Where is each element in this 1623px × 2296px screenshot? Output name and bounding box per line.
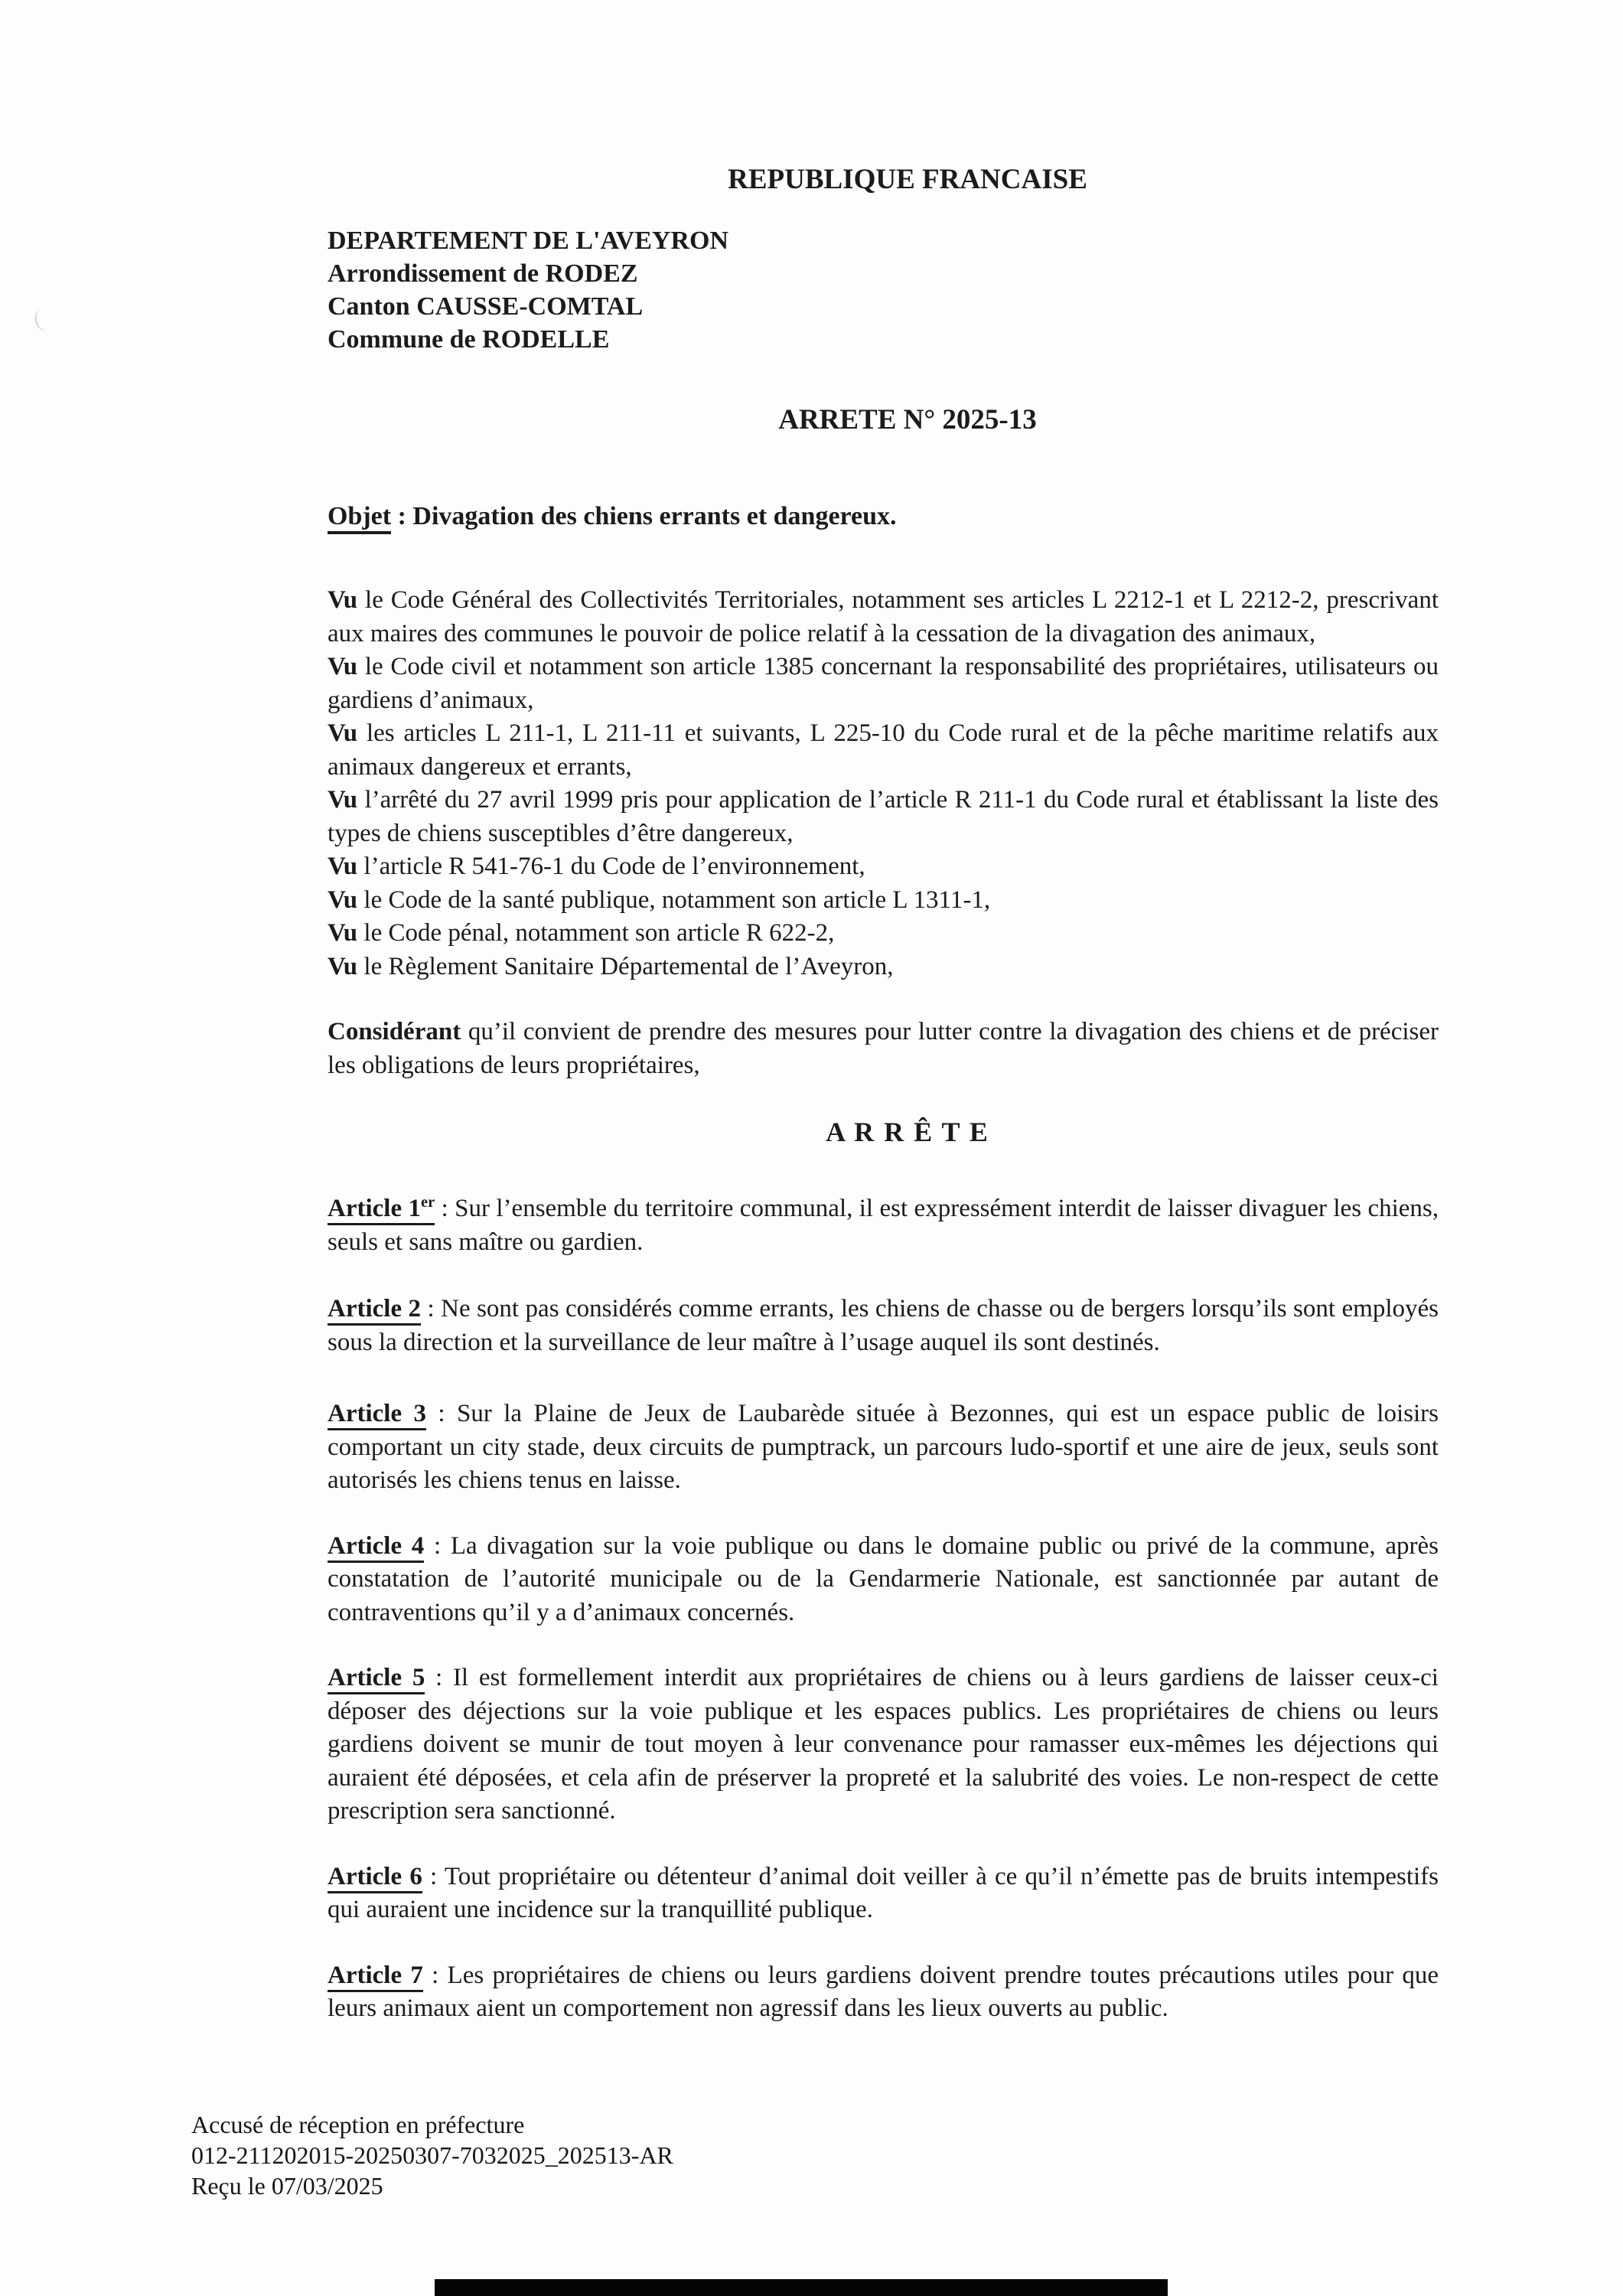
- visa-paragraph: Vu le Code civil et notamment son articl…: [328, 651, 1439, 717]
- receipt-line-1: Accusé de réception en préfecture: [191, 2109, 673, 2140]
- visas-block: Vu le Code Général des Collectivités Ter…: [328, 584, 1439, 983]
- issuer-block: DEPARTEMENT DE L'AVEYRON Arrondissement …: [328, 224, 1439, 356]
- article-paragraph: Article 7 : Les propriétaires de chiens …: [328, 1959, 1439, 2026]
- visa-text: le Code civil et notamment son article 1…: [328, 653, 1439, 714]
- article-label: Article 4: [328, 1532, 424, 1563]
- article-label-text: Article 4: [328, 1532, 424, 1560]
- commune-line: Commune de RODELLE: [328, 323, 1439, 356]
- article-label-text: Article 3: [328, 1400, 426, 1427]
- article-label-text: Article 7: [328, 1962, 423, 1989]
- objet-line: Objet : Divagation des chiens errants et…: [328, 500, 1439, 533]
- visa-lead: Vu: [328, 953, 357, 980]
- article-label: Article 1er: [328, 1195, 435, 1225]
- considerant-label: Considérant: [328, 1018, 461, 1045]
- article-label-text: Article 6: [328, 1863, 422, 1890]
- visa-paragraph: Vu le Code Général des Collectivités Ter…: [328, 584, 1439, 651]
- visa-lead: Vu: [328, 853, 357, 880]
- visa-text: les articles L 211-1, L 211-11 et suivan…: [328, 719, 1439, 781]
- visa-lead: Vu: [328, 586, 357, 614]
- article-paragraph: Article 1er : Sur l’ensemble du territoi…: [328, 1192, 1439, 1259]
- visa-lead: Vu: [328, 653, 357, 680]
- article-paragraph: Article 4 : La divagation sur la voie pu…: [328, 1530, 1439, 1630]
- receipt-line-3: Reçu le 07/03/2025: [191, 2170, 673, 2201]
- visa-paragraph: Vu le Règlement Sanitaire Départemental …: [328, 951, 1439, 984]
- receipt-line-2: 012-211202015-20250307-7032025_202513-AR: [191, 2140, 673, 2170]
- scanned-decree-page: REPUBLIQUE FRANCAISE DEPARTEMENT DE L'AV…: [0, 0, 1623, 2296]
- arrete-heading: A R R Ê T E: [352, 1115, 1463, 1149]
- visa-paragraph: Vu l’article R 541-76-1 du Code de l’env…: [328, 850, 1439, 884]
- prefecture-receipt-stamp: Accusé de réception en préfecture 012-21…: [191, 2109, 673, 2201]
- canton-line: Canton CAUSSE-COMTAL: [328, 290, 1439, 323]
- article-text: : Tout propriétaire ou détenteur d’anima…: [328, 1863, 1439, 1924]
- considerant-text: qu’il convient de prendre des mesures po…: [328, 1018, 1439, 1079]
- visa-paragraph: Vu le Code pénal, notamment son article …: [328, 917, 1439, 951]
- scan-artifact-bar: [435, 2279, 1168, 2296]
- visa-lead: Vu: [328, 719, 357, 747]
- article-text: : La divagation sur la voie publique ou …: [328, 1532, 1439, 1626]
- article-label-text: Article 1: [328, 1195, 421, 1222]
- visa-text: le Code de la santé publique, notamment …: [357, 886, 990, 914]
- article-paragraph: Article 6 : Tout propriétaire ou détente…: [328, 1861, 1439, 1927]
- article-label-text: Article 2: [328, 1295, 421, 1322]
- article-text: : Sur l’ensemble du territoire communal,…: [328, 1195, 1439, 1256]
- article-paragraph: Article 5 : Il est formellement interdit…: [328, 1662, 1439, 1828]
- text-column: REPUBLIQUE FRANCAISE DEPARTEMENT DE L'AV…: [0, 163, 1623, 2026]
- visa-text: le Code pénal, notamment son article R 6…: [357, 919, 834, 947]
- article-superscript: er: [421, 1194, 435, 1211]
- objet-text: : Divagation des chiens errants et dange…: [391, 502, 896, 530]
- visa-lead: Vu: [328, 886, 357, 914]
- visa-paragraph: Vu les articles L 211-1, L 211-11 et sui…: [328, 717, 1439, 784]
- visa-paragraph: Vu l’arrêté du 27 avril 1999 pris pour a…: [328, 784, 1439, 850]
- department-line: DEPARTEMENT DE L'AVEYRON: [328, 224, 1439, 257]
- article-text: : Ne sont pas considérés comme errants, …: [328, 1295, 1439, 1356]
- article-paragraph: Article 3 : Sur la Plaine de Jeux de Lau…: [328, 1397, 1439, 1498]
- considerant-paragraph: Considérant qu’il convient de prendre de…: [328, 1016, 1439, 1082]
- decree-number-title: ARRETE N° 2025-13: [352, 403, 1463, 437]
- article-label: Article 5: [328, 1664, 425, 1694]
- visa-paragraph: Vu le Code de la santé publique, notamme…: [328, 884, 1439, 918]
- visa-lead: Vu: [328, 919, 357, 947]
- visa-text: le Code Général des Collectivités Territ…: [328, 586, 1439, 647]
- article-label: Article 2: [328, 1295, 421, 1326]
- article-label: Article 7: [328, 1962, 423, 1992]
- article-text: : Les propriétaires de chiens ou leurs g…: [328, 1962, 1439, 2023]
- article-label: Article 6: [328, 1863, 422, 1893]
- objet-label: Objet: [328, 502, 391, 534]
- republic-title: REPUBLIQUE FRANCAISE: [352, 163, 1463, 197]
- article-text: : Sur la Plaine de Jeux de Laubarède sit…: [328, 1400, 1439, 1494]
- article-text: : Il est formellement interdit aux propr…: [328, 1664, 1439, 1825]
- article-label-text: Article 5: [328, 1664, 425, 1691]
- visa-text: le Règlement Sanitaire Départemental de …: [357, 953, 893, 980]
- visa-lead: Vu: [328, 786, 357, 814]
- article-label: Article 3: [328, 1400, 426, 1430]
- visa-text: l’arrêté du 27 avril 1999 pris pour appl…: [328, 786, 1439, 847]
- visa-text: l’article R 541-76-1 du Code de l’enviro…: [357, 853, 865, 880]
- arrondissement-line: Arrondissement de RODEZ: [328, 257, 1439, 290]
- article-paragraph: Article 2 : Ne sont pas considérés comme…: [328, 1293, 1439, 1359]
